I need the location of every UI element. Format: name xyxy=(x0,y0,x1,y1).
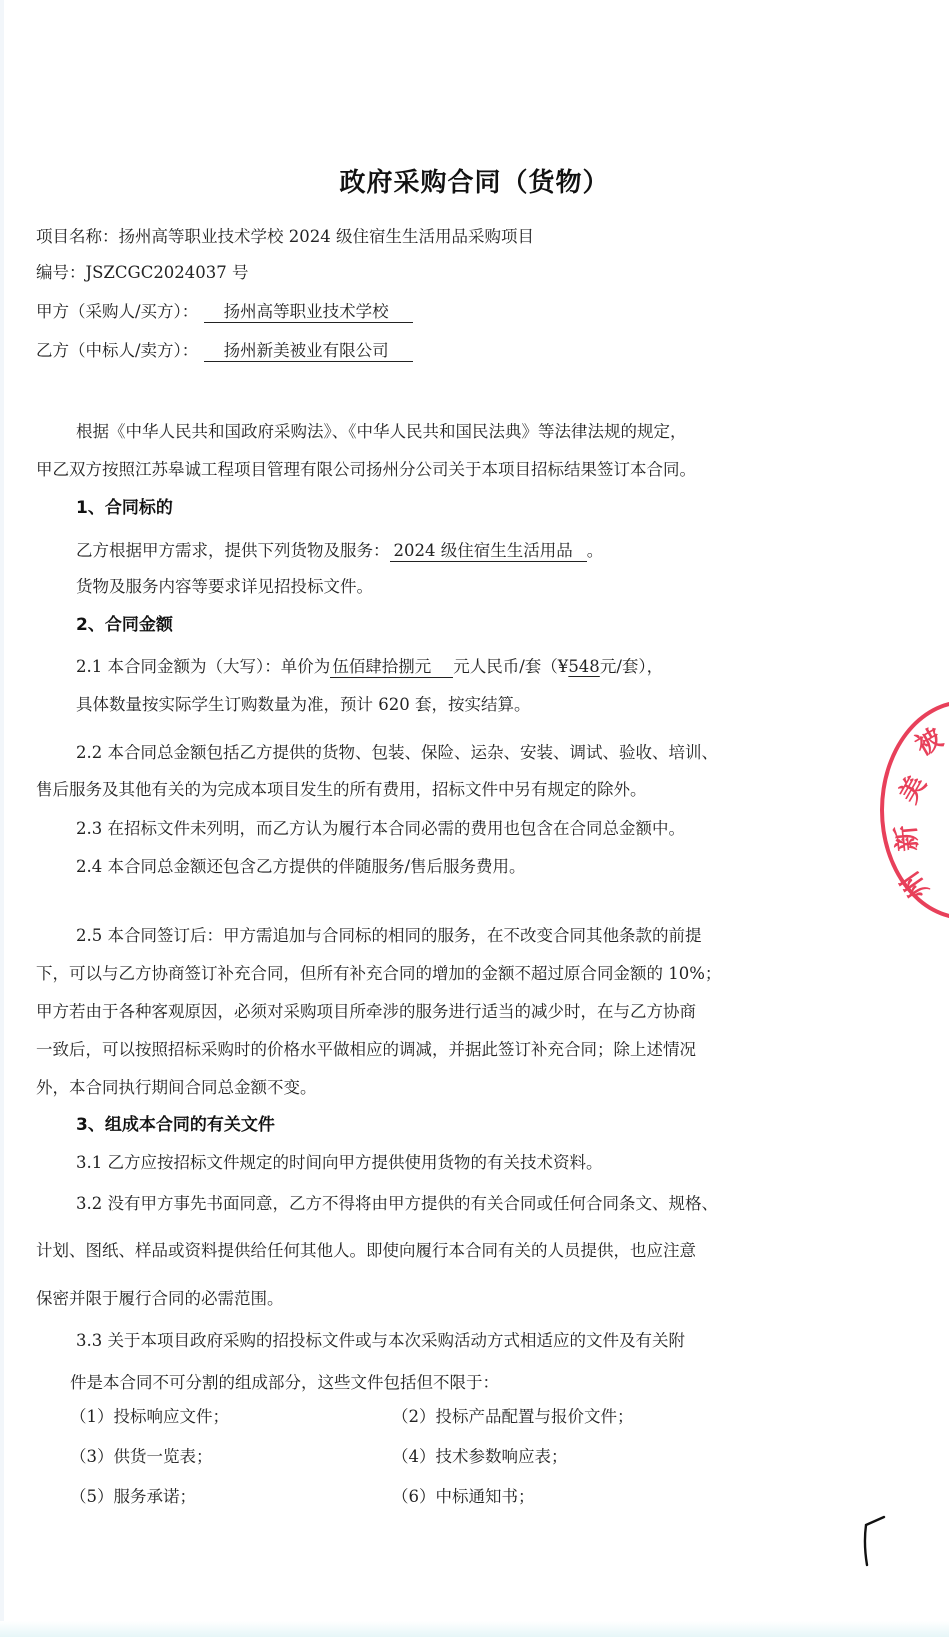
clause-2-1-line-2: 具体数量按实际学生订购数量为准，预计 620 套，按实结算。 xyxy=(76,694,530,716)
party-b-name: 扬州新美被业有限公司 xyxy=(204,341,413,362)
contract-number-line: 编号：JSZCGC2024037 号 xyxy=(36,262,249,284)
clause-3-3-line-2: 件是本合同不可分割的组成部分，这些文件包括但不限于： xyxy=(70,1372,499,1394)
contract-number: JSZCGC2024037 号 xyxy=(86,263,249,282)
clause-2-1-suffix: 元/套）， xyxy=(600,657,663,676)
preamble-line-2: 甲乙双方按照江苏皋诚工程项目管理有限公司扬州分公司关于本项目招标结果签订本合同。 xyxy=(36,459,696,481)
section-1-line-2: 货物及服务内容等要求详见招投标文件。 xyxy=(76,576,373,598)
clause-2-5-line-2: 下，可以与乙方协商签订补充合同，但所有补充合同的增加的金额不超过原合同金额的 1… xyxy=(36,963,721,985)
clause-2-2-line-2: 售后服务及其他有关的为完成本项目发生的所有费用，招标文件中另有规定的除外。 xyxy=(36,779,647,801)
clause-3-2-line-1: 3.2 没有甲方事先书面同意，乙方不得将由甲方提供的有关合同或任何合同条文、规格… xyxy=(76,1193,718,1215)
clause-2-1-prefix: 2.1 本合同金额为（大写）：单价为 xyxy=(76,657,330,676)
unit-price-amount: 548 xyxy=(568,657,600,676)
section-1-line-1: 乙方根据甲方需求，提供下列货物及服务：2024 级住宿生生活用品。 xyxy=(76,540,603,562)
document-item-3: （3）供货一览表； xyxy=(70,1446,213,1468)
section-1-prefix: 乙方根据甲方需求，提供下列货物及服务： xyxy=(76,541,390,560)
unit-price-words: 伍佰肆拾捌元 xyxy=(330,657,453,678)
document-item-1: （1）投标响应文件； xyxy=(70,1406,229,1428)
clause-3-2-line-3: 保密并限于履行合同的必需范围。 xyxy=(36,1288,284,1310)
section-1-heading: 1、合同标的 xyxy=(76,497,173,519)
document-item-4: （4）技术参数响应表； xyxy=(392,1446,568,1468)
clause-2-4: 2.4 本合同总金额还包含乙方提供的伴随服务/售后服务费用。 xyxy=(76,856,526,878)
section-1-suffix: 。 xyxy=(587,541,604,560)
project-name-line: 项目名称：扬州高等职业技术学校 2024 级住宿生生活用品采购项目 xyxy=(36,226,534,248)
section-2-heading: 2、合同金额 xyxy=(76,614,173,636)
party-b-label: 乙方（中标人/卖方）： xyxy=(36,341,198,360)
party-b-line: 乙方（中标人/卖方）： 扬州新美被业有限公司 xyxy=(36,340,413,362)
document-title: 政府采购合同（货物） xyxy=(0,162,949,199)
party-a-line: 甲方（采购人/买方）： 扬州高等职业技术学校 xyxy=(36,301,413,323)
document-item-6: （6）中标通知书； xyxy=(392,1486,535,1508)
clause-2-5-line-1: 2.5 本合同签订后：甲方需追加与合同标的相同的服务，在不改变合同其他条款的前提 xyxy=(76,925,702,947)
clause-2-5-line-4: 一致后，可以按照招标采购时的价格水平做相应的调减，并据此签订补充合同；除上述情况 xyxy=(36,1039,696,1061)
clause-3-3-line-1: 3.3 关于本项目政府采购的招投标文件或与本次采购活动方式相适应的文件及有关附 xyxy=(76,1330,685,1352)
section-3-heading: 3、组成本合同的有关文件 xyxy=(76,1114,275,1136)
party-a-name: 扬州高等职业技术学校 xyxy=(204,302,413,323)
clause-3-1: 3.1 乙方应按招标文件规定的时间向甲方提供使用货物的有关技术资料。 xyxy=(76,1152,603,1174)
clause-2-3: 2.3 在招标文件未列明，而乙方认为履行本合同必需的费用也包含在合同总金额中。 xyxy=(76,818,685,840)
clause-2-5-line-5: 外，本合同执行期间合同总金额不变。 xyxy=(36,1077,317,1099)
handwritten-mark-icon xyxy=(860,1515,890,1570)
document-item-5: （5）服务承诺； xyxy=(70,1486,196,1508)
number-label: 编号： xyxy=(36,263,86,282)
clause-3-2-line-2: 计划、图纸、样品或资料提供给任何其他人。即使向履行本合同有关的人员提供，也应注意 xyxy=(36,1240,696,1262)
clause-2-5-line-3: 甲方若由于各种客观原因，必须对采购项目所牵涉的服务进行适当的减少时，在与乙方协商 xyxy=(36,1001,696,1023)
scan-edge-left xyxy=(0,0,4,1637)
clause-2-1-line-1: 2.1 本合同金额为（大写）：单价为伍佰肆拾捌元元人民币/套（¥548元/套）， xyxy=(76,656,663,678)
project-label: 项目名称： xyxy=(36,227,119,246)
clause-2-2-line-1: 2.2 本合同总金额包括乙方提供的货物、包装、保险、运杂、安装、调试、验收、培训… xyxy=(76,742,718,764)
party-a-label: 甲方（采购人/买方）： xyxy=(36,302,198,321)
clause-2-1-mid: 元人民币/套（¥ xyxy=(453,657,568,676)
goods-name: 2024 级住宿生生活用品 xyxy=(390,541,587,562)
project-name: 扬州高等职业技术学校 2024 级住宿生生活用品采购项目 xyxy=(119,227,534,246)
seal-char-3: 新 xyxy=(885,824,924,853)
document-item-2: （2）投标产品配置与报价文件； xyxy=(392,1406,634,1428)
preamble-line-1: 根据《中华人民共和国政府采购法》、《中华人民共和国民法典》等法律法规的规定， xyxy=(76,421,687,443)
scan-edge-bottom xyxy=(0,1621,949,1637)
